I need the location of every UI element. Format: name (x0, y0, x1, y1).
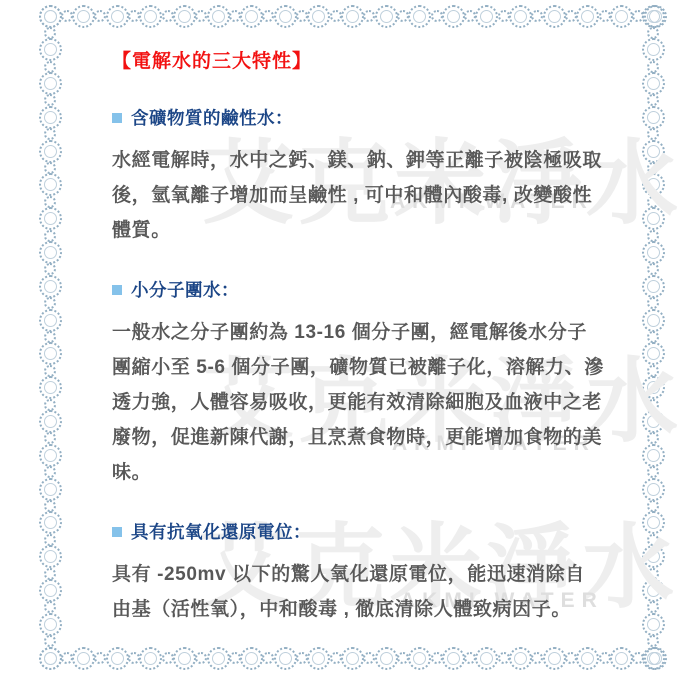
section-heading-text: 含礦物質的鹼性水： (131, 106, 293, 130)
section-heading: 具有抗氧化還原電位： (112, 520, 604, 544)
section-alkaline-water: 含礦物質的鹼性水： 水經電解時，水中之鈣、鎂、鈉、鉀等正離子被陰極吸取後，氫氧離… (112, 106, 604, 248)
section-small-cluster-water: 小分子團水： 一般水之分子團約為 13-16 個分子團，經電解後水分子團縮小至 … (112, 278, 604, 490)
square-bullet-icon (112, 527, 122, 537)
section-body-text: 具有 -250mv 以下的驚人氧化還原電位，能迅速消除自由基（活性氧），中和酸毒… (112, 557, 604, 627)
page: 艾克米淨水 AKMI WATER 艾克米淨水 AKMI WATER 艾克米淨水 … (0, 0, 700, 674)
section-heading-text: 具有抗氧化還原電位： (131, 520, 311, 544)
section-body-text: 一般水之分子團約為 13-16 個分子團，經電解後水分子團縮小至 5-6 個分子… (112, 315, 604, 490)
page-title: 【電解水的三大特性】 (112, 50, 604, 74)
section-heading: 含礦物質的鹼性水： (112, 106, 604, 130)
article: 【電解水的三大特性】 含礦物質的鹼性水： 水經電解時，水中之鈣、鎂、鈉、鉀等正離… (112, 50, 604, 657)
section-heading-text: 小分子團水： (131, 278, 239, 302)
section-antioxidant-orp: 具有抗氧化還原電位： 具有 -250mv 以下的驚人氧化還原電位，能迅速消除自由… (112, 520, 604, 627)
square-bullet-icon (112, 113, 122, 123)
section-heading: 小分子團水： (112, 278, 604, 302)
square-bullet-icon (112, 285, 122, 295)
section-body-text: 水經電解時，水中之鈣、鎂、鈉、鉀等正離子被陰極吸取後，氫氧離子增加而呈鹼性 , … (112, 143, 604, 248)
